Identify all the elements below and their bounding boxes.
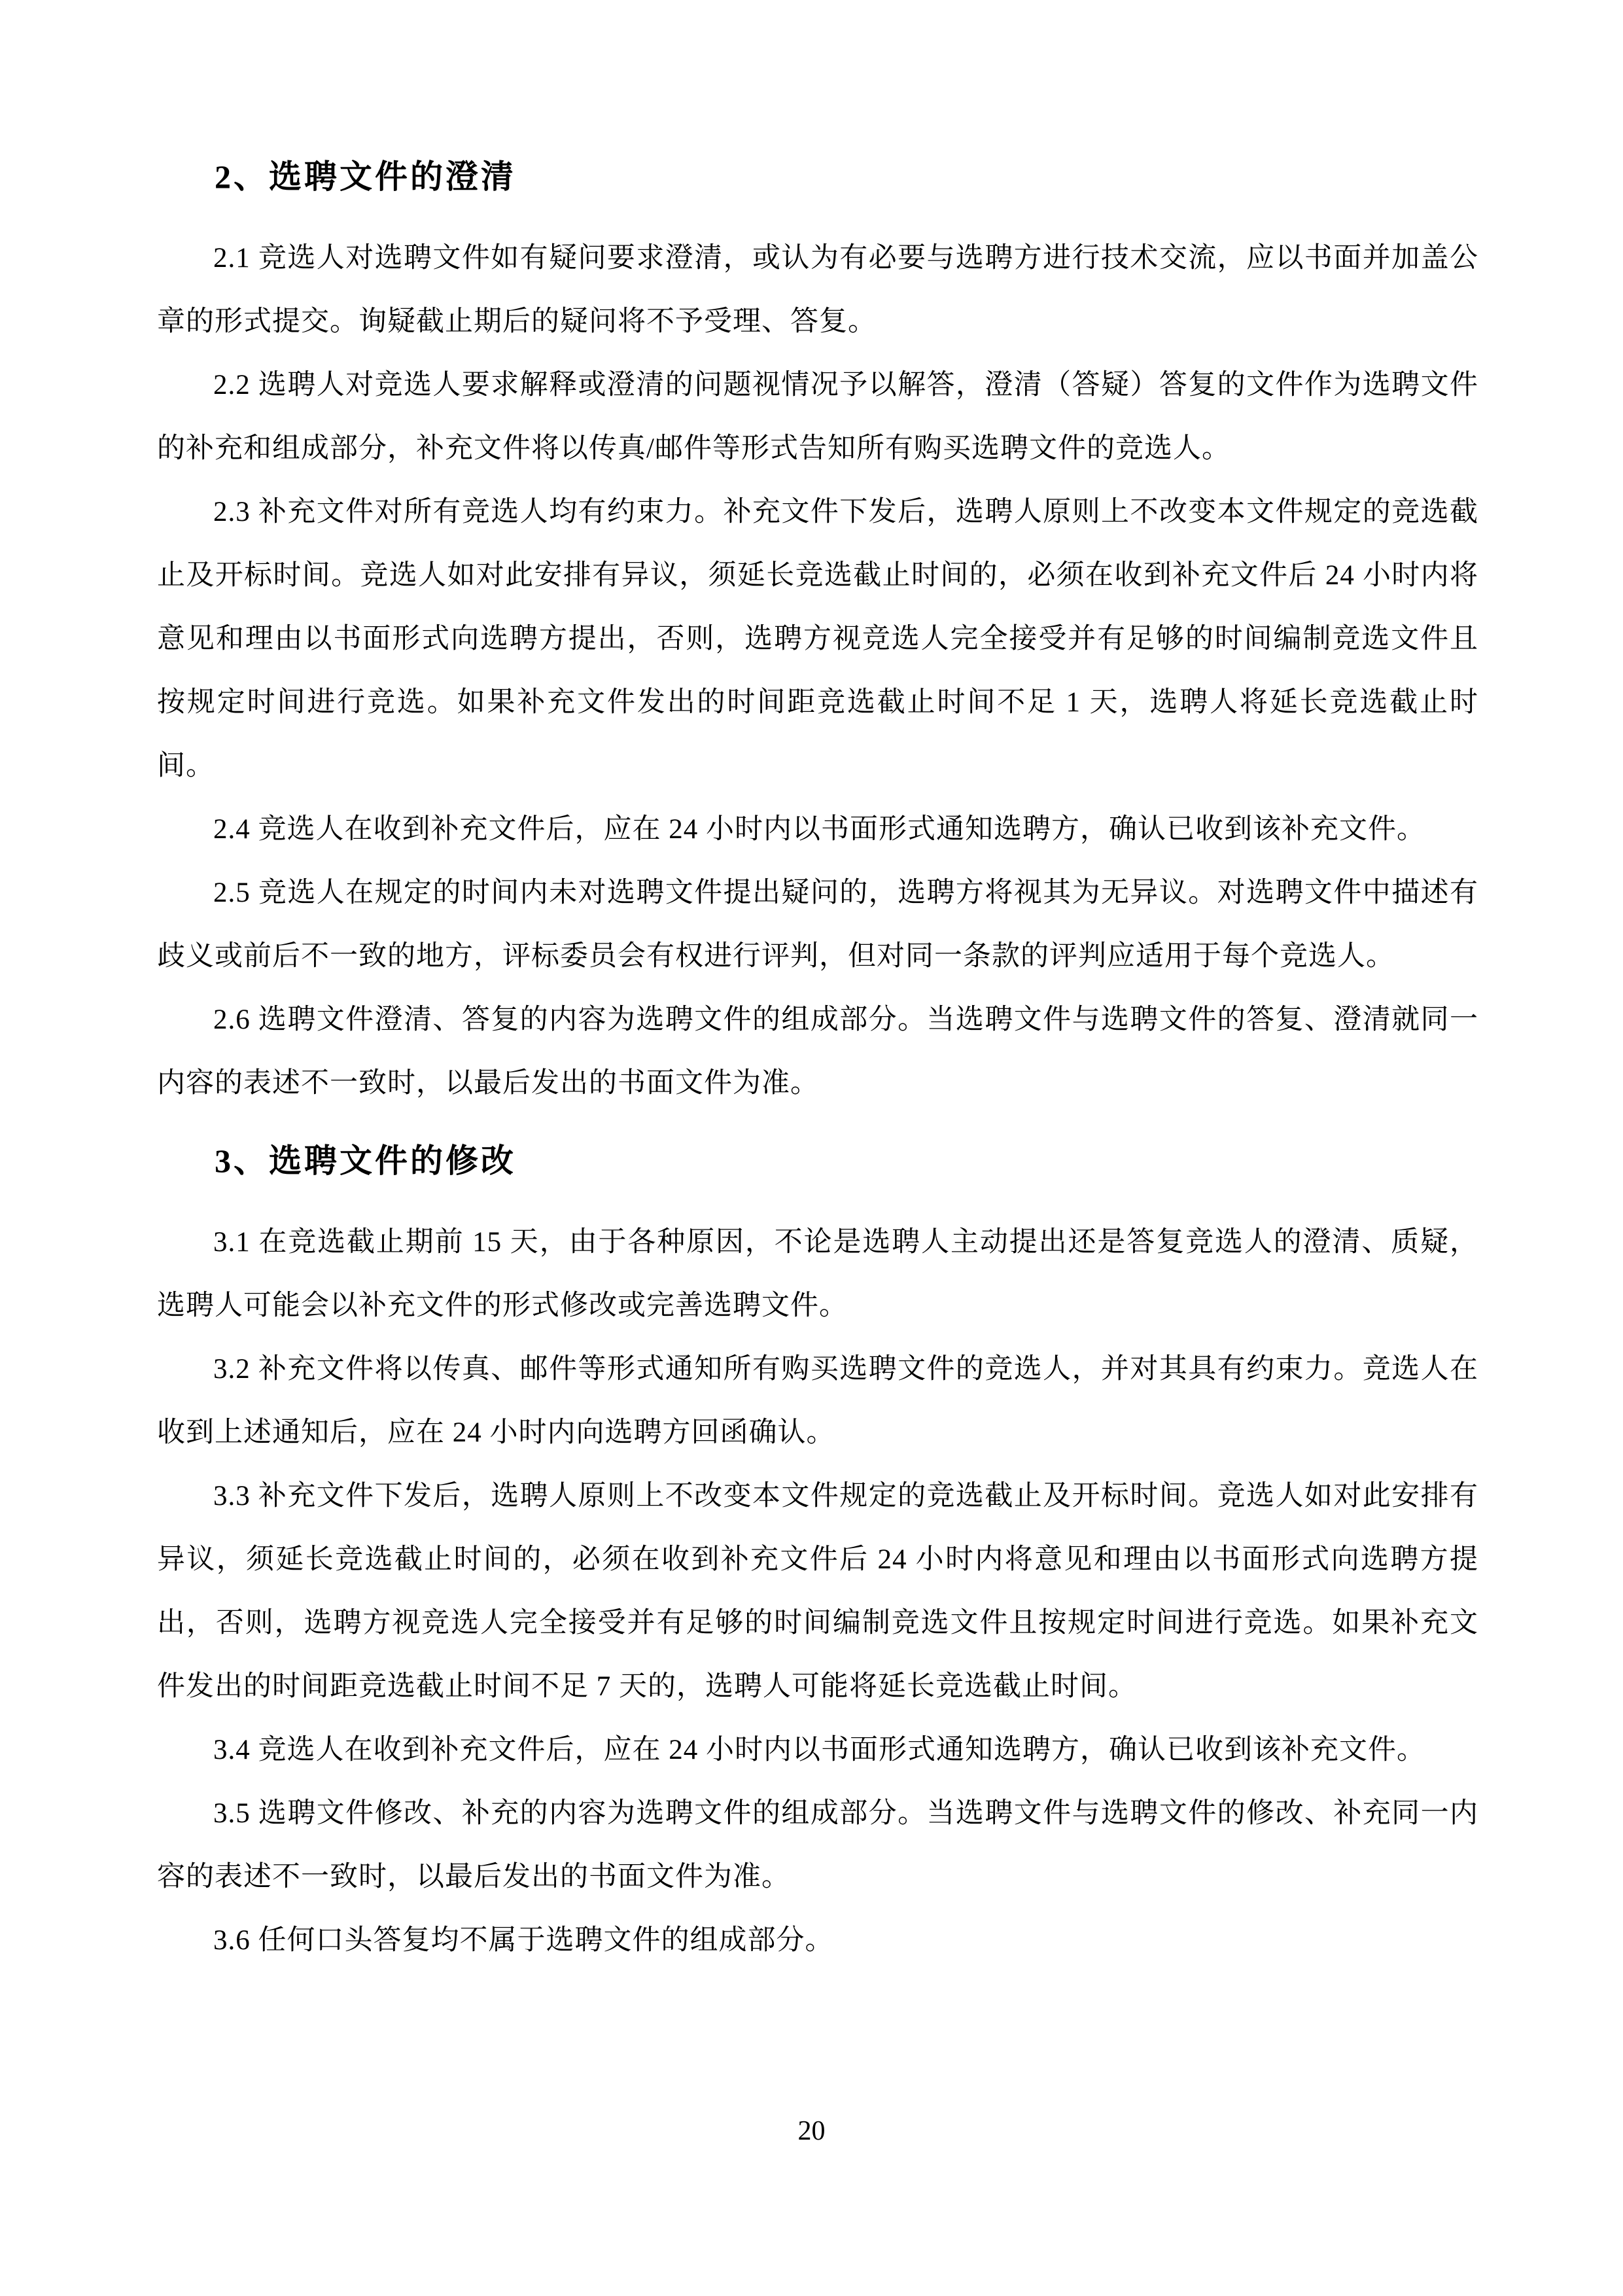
page-number: 20 (798, 2116, 826, 2146)
clause-3-6: 3.6 任何口头答复均不属于选聘文件的组成部分。 (157, 1909, 1478, 1972)
clause-3-2: 3.2 补充文件将以传真、邮件等形式通知所有购买选聘文件的竞选人，并对其具有约束… (157, 1337, 1478, 1464)
clause-2-1: 2.1 竞选人对选聘文件如有疑问要求澄清，或认为有必要与选聘方进行技术交流，应以… (157, 226, 1478, 353)
clause-2-2: 2.2 选聘人对竞选人要求解释或澄清的问题视情况予以解答，澄清（答疑）答复的文件… (157, 353, 1478, 480)
section-3-heading: 3、选聘文件的修改 (157, 1128, 1478, 1193)
clause-2-4: 2.4 竞选人在收到补充文件后，应在 24 小时内以书面形式通知选聘方，确认已收… (157, 798, 1478, 861)
section-2-heading: 2、选聘文件的澄清 (157, 144, 1478, 209)
clause-2-6: 2.6 选聘文件澄清、答复的内容为选聘文件的组成部分。当选聘文件与选聘文件的答复… (157, 988, 1478, 1115)
document-page: 2、选聘文件的澄清 2.1 竞选人对选聘文件如有疑问要求澄清，或认为有必要与选聘… (0, 0, 1623, 2296)
section-modification: 3、选聘文件的修改 3.1 在竞选截止期前 15 天，由于各种原因，不论是选聘人… (157, 1128, 1478, 1972)
clause-3-1: 3.1 在竞选截止期前 15 天，由于各种原因，不论是选聘人主动提出还是答复竞选… (157, 1210, 1478, 1337)
clause-3-3: 3.3 补充文件下发后，选聘人原则上不改变本文件规定的竞选截止及开标时间。竞选人… (157, 1464, 1478, 1718)
clause-3-4: 3.4 竞选人在收到补充文件后，应在 24 小时内以书面形式通知选聘方，确认已收… (157, 1718, 1478, 1782)
page-footer: 20 (0, 2115, 1623, 2147)
document-content: 2、选聘文件的澄清 2.1 竞选人对选聘文件如有疑问要求澄清，或认为有必要与选聘… (0, 0, 1623, 1972)
clause-2-3: 2.3 补充文件对所有竞选人均有约束力。补充文件下发后，选聘人原则上不改变本文件… (157, 480, 1478, 798)
clause-2-5: 2.5 竞选人在规定的时间内未对选聘文件提出疑问的，选聘方将视其为无异议。对选聘… (157, 861, 1478, 988)
section-clarification: 2、选聘文件的澄清 2.1 竞选人对选聘文件如有疑问要求澄清，或认为有必要与选聘… (157, 144, 1478, 1115)
clause-3-5: 3.5 选聘文件修改、补充的内容为选聘文件的组成部分。当选聘文件与选聘文件的修改… (157, 1782, 1478, 1909)
